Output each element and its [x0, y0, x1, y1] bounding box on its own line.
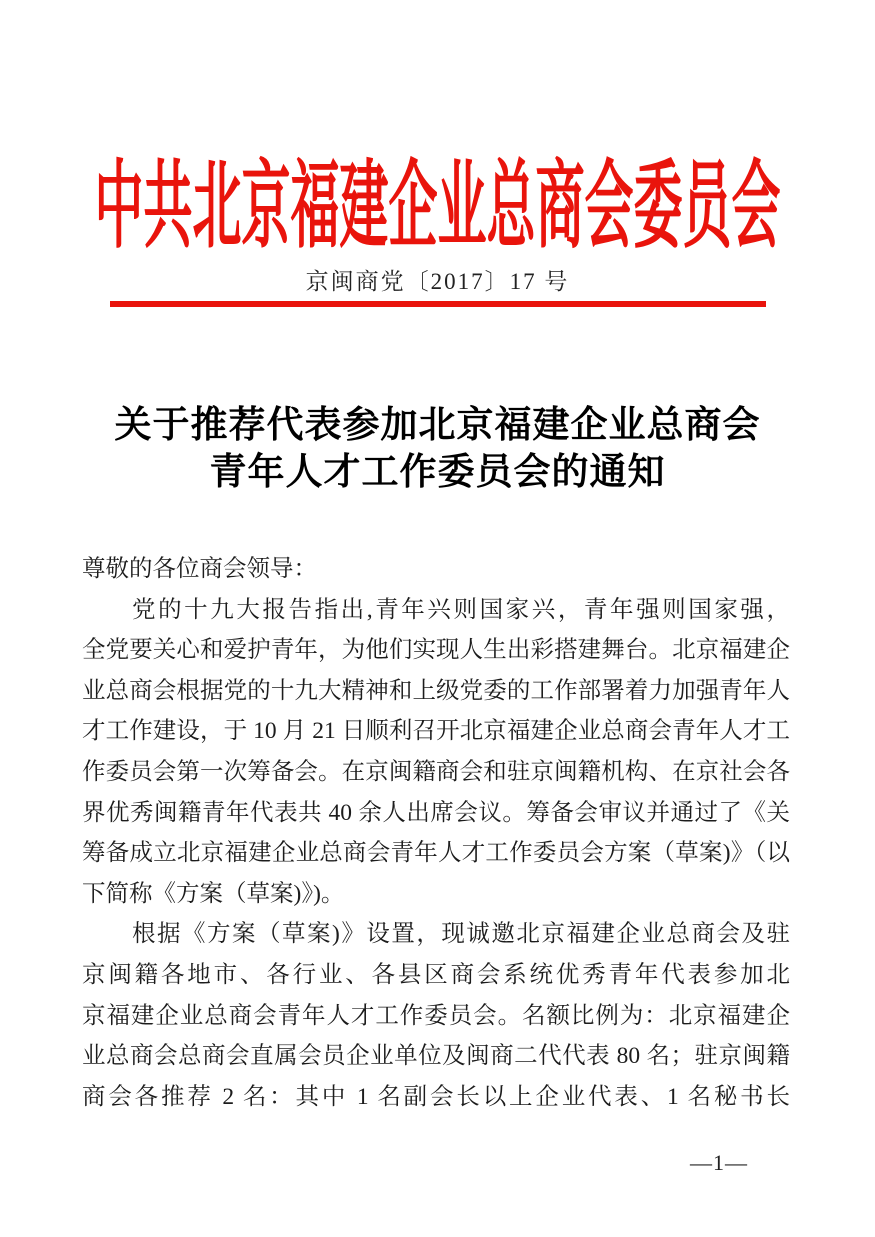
document-title-line1: 关于推荐代表参加北京福建企业总商会 [0, 401, 875, 448]
body-line: 才工作建设，于 10 月 21 日顺利召开北京福建企业总商会青年人才工 [82, 711, 790, 752]
red-divider-line [110, 301, 766, 307]
document-title: 关于推荐代表参加北京福建企业总商会 青年人才工作委员会的通知 [0, 401, 875, 495]
salutation-line: 尊敬的各位商会领导： [82, 549, 790, 590]
body-line: 下简称《方案（草案)》)。 [82, 874, 790, 915]
body-line: 京闽籍各地市、各行业、各县区商会系统优秀青年代表参加北 [82, 955, 790, 996]
body-line: 京福建企业总商会青年人才工作委员会。名额比例为：北京福建企 [82, 996, 790, 1037]
body-line: 根据《方案（草案)》设置，现诚邀北京福建企业总商会及驻 [82, 914, 790, 955]
document-page: 中共北京福建企业总商会委员会 京闽商党〔2017〕17 号 关于推荐代表参加北京… [0, 0, 875, 1237]
letterhead-org-name: 中共北京福建企业总商会委员会 [94, 131, 780, 268]
body-line: 作委员会第一次筹备会。在京闽籍商会和驻京闽籍机构、在京社会各 [82, 752, 790, 793]
document-title-line2: 青年人才工作委员会的通知 [0, 448, 875, 495]
body-line: 业总商会总商会直属会员企业单位及闽商二代代表 80 名；驻京闽籍 [82, 1036, 790, 1077]
body-line: 商会各推荐 2 名：其中 1 名副会长以上企业代表、1 名秘书长 [82, 1077, 790, 1118]
letterhead: 中共北京福建企业总商会委员会 [0, 131, 875, 231]
page-number: —1— [690, 1150, 748, 1176]
body-line: 全党要关心和爱护青年，为他们实现人生出彩搭建舞台。北京福建企 [82, 630, 790, 671]
body-line: 党的十九大报告指出,青年兴则国家兴，青年强则国家强， [82, 590, 790, 631]
document-body: 尊敬的各位商会领导： 党的十九大报告指出,青年兴则国家兴，青年强则国家强， 全党… [82, 549, 790, 1117]
body-line: 界优秀闽籍青年代表共 40 余人出席会议。筹备会审议并通过了《关于 [82, 793, 790, 834]
body-line: 筹备成立北京福建企业总商会青年人才工作委员会方案（草案)》（以 [82, 833, 790, 874]
body-line: 业总商会根据党的十九大精神和上级党委的工作部署着力加强青年人 [82, 671, 790, 712]
document-number: 京闽商党〔2017〕17 号 [0, 263, 875, 296]
